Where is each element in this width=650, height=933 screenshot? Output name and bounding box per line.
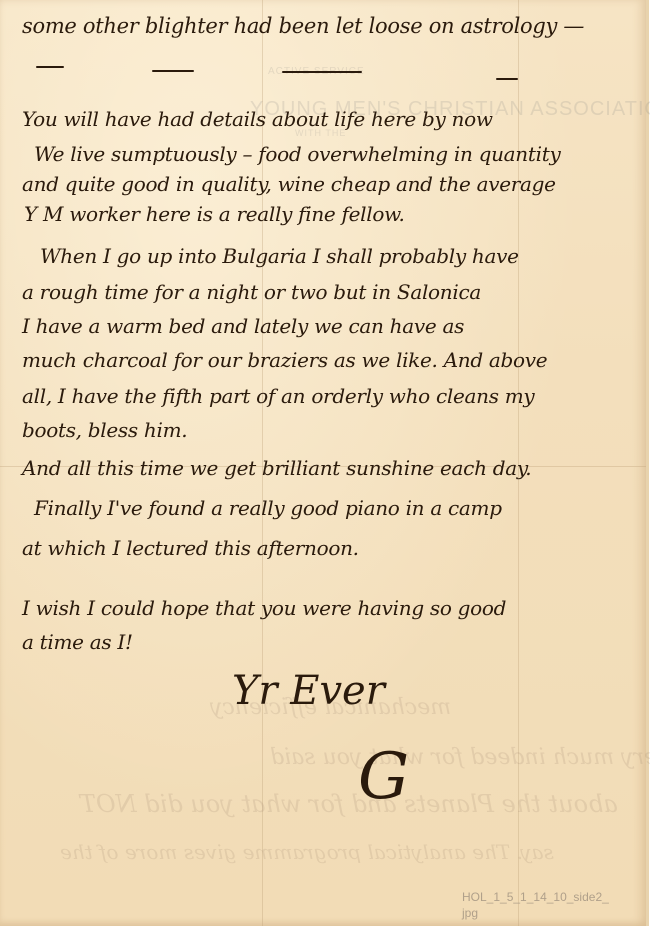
letter-line: boots, bless him. <box>22 418 187 442</box>
letter-line: a time as I! <box>22 630 133 654</box>
letter-line: I wish I could hope that you were having… <box>22 596 506 620</box>
letter-line: and quite good in quality, wine cheap an… <box>22 172 556 196</box>
letter-line: at which I lectured this afternoon. <box>22 536 359 560</box>
separator-dash <box>282 71 362 73</box>
separator-dash <box>496 78 518 80</box>
show-through-handwriting: Thank you very much indeed for what you … <box>270 745 650 770</box>
letter-line: And all this time we get brilliant sunsh… <box>22 456 531 480</box>
letter-page: ACTIVE SERVICE YOUNG MEN'S CHRISTIAN ASS… <box>0 0 649 926</box>
letter-line: Finally I've found a really good piano i… <box>34 496 502 520</box>
show-through-handwriting: about the Planets and for what you did N… <box>80 790 618 818</box>
letter-line: You will have had details about life her… <box>22 107 493 131</box>
letter-line: all, I have the fifth part of an orderly… <box>22 384 534 408</box>
filename-line-1: HOL_1_5_1_14_10_side2_ <box>462 889 642 905</box>
letter-line: Y M worker here is a really fine fellow. <box>24 202 405 226</box>
letter-line: some other blighter had been let loose o… <box>22 14 584 38</box>
separator-dash <box>36 66 64 68</box>
letter-line: I have a warm bed and lately we can have… <box>22 314 464 338</box>
image-filename-label: HOL_1_5_1_14_10_side2_ jpg <box>462 889 642 921</box>
letter-line: We live sumptuously – food overwhelming … <box>34 142 560 166</box>
separator-dash <box>152 70 194 72</box>
filename-line-2: jpg <box>462 905 642 921</box>
letter-closing: Yr Ever <box>232 668 385 714</box>
letter-line: a rough time for a night or two but in S… <box>22 280 481 304</box>
show-through-handwriting: say. The analytical programme gives more… <box>60 840 554 864</box>
letter-line: much charcoal for our braziers as we lik… <box>22 348 547 372</box>
signature: G <box>358 740 409 814</box>
letter-line: When I go up into Bulgaria I shall proba… <box>40 244 519 268</box>
